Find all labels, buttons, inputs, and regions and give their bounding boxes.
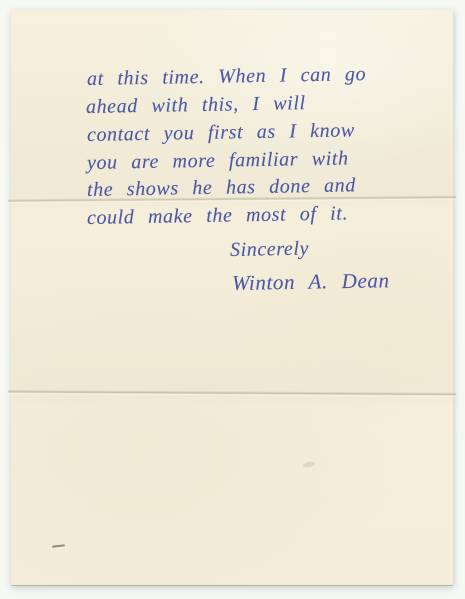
letter-closing: Sincerely: [230, 236, 310, 263]
fold-crease-bottom: [8, 390, 456, 398]
letter-line: at this time. When I can go: [87, 61, 367, 92]
letter-line: contact you first as I know: [87, 117, 355, 148]
letter-signature: Winton A. Dean: [232, 267, 390, 296]
letter-line: could make the most of it.: [87, 200, 349, 231]
pencil-mark: [52, 544, 65, 548]
letter-line: ahead with this, I will: [86, 90, 306, 120]
letter-line: you are more familiar with: [87, 145, 349, 176]
faint-smudge: [303, 461, 316, 468]
letter-line: the shows he has done and: [87, 172, 356, 203]
letter-paper: at this time. When I can go ahead with t…: [11, 10, 453, 585]
scan-background: at this time. When I can go ahead with t…: [0, 0, 465, 599]
